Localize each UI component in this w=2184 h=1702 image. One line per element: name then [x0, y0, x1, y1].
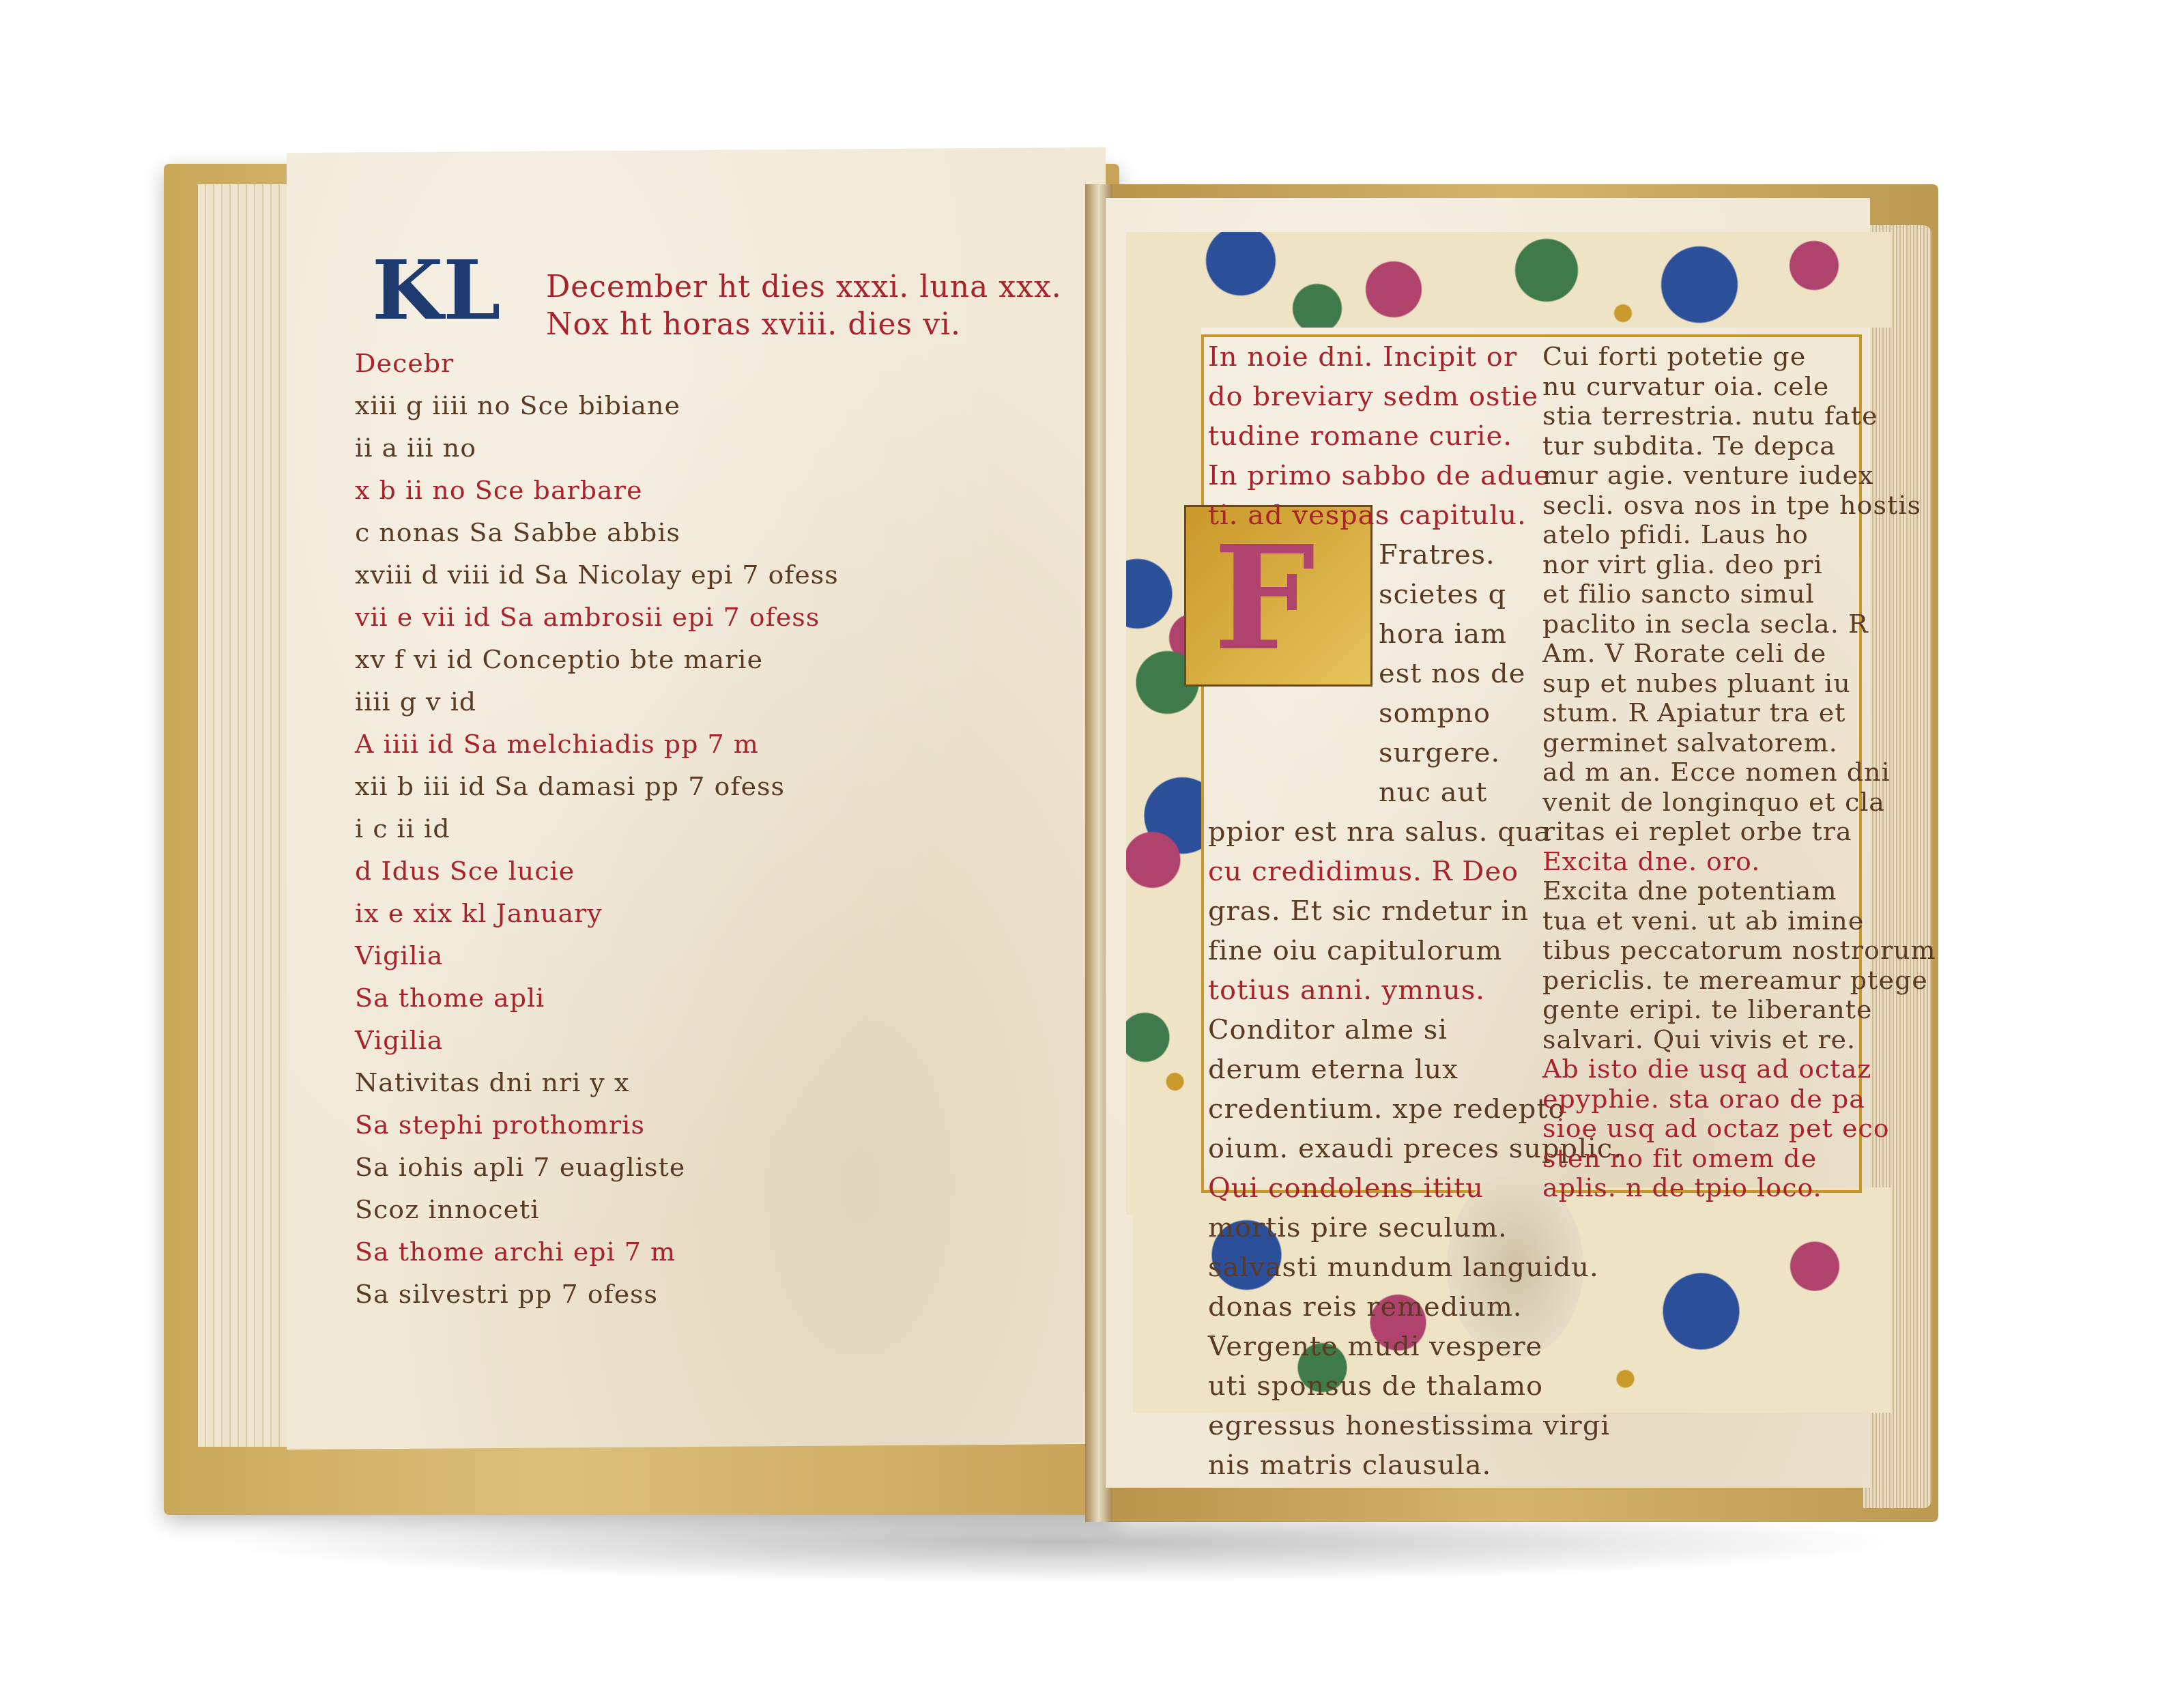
initial-kl: KL	[372, 242, 501, 338]
calendar-entry-line: Nativitas dni nri y x	[355, 1067, 629, 1097]
calendar-entry-line: xiii g iiii no Sce bibiane	[355, 390, 680, 420]
calendar-entry-line: Vigilia	[355, 940, 443, 970]
breviary-col2-line: germinet salvatorem.	[1542, 727, 1838, 758]
breviary-col2-line: venit de longinquo et cla	[1542, 787, 1885, 817]
breviary-col1-line: salvasti mundum languidu.	[1208, 1252, 1599, 1283]
breviary-col1-line: nis matris clausula.	[1208, 1449, 1491, 1481]
breviary-col1-line: donas reis remedium.	[1208, 1291, 1523, 1323]
breviary-col1-line: tudine romane curie.	[1208, 420, 1512, 452]
breviary-col1-line: hora iam	[1379, 618, 1507, 650]
breviary-col2-line: stum. R Apiatur tra et	[1542, 697, 1846, 727]
breviary-col1-line: ppior est nra salus. qua	[1208, 816, 1551, 848]
breviary-col1-line: est nos de	[1379, 658, 1525, 689]
breviary-col2-line: nor virt glia. deo pri	[1542, 549, 1823, 579]
breviary-col1-line: derum eterna lux	[1208, 1054, 1459, 1085]
breviary-col2-line: gente eripi. te liberante	[1542, 994, 1873, 1024]
breviary-col1-line: surgere.	[1379, 737, 1500, 768]
breviary-col1-line: credentium. xpe redepto	[1208, 1093, 1566, 1125]
breviary-col1-line: Qui condolens ititu	[1208, 1172, 1484, 1204]
calendar-entry-line: Sa silvestri pp 7 ofess	[355, 1279, 658, 1309]
calendar-entry-line: Sa thome archi epi 7 m	[355, 1237, 676, 1267]
breviary-col2-line: ad m an. Ecce nomen dni	[1542, 757, 1891, 787]
illuminated-initial-f: F	[1184, 505, 1373, 687]
breviary-col2-line: ritas ei replet orbe tra	[1542, 816, 1852, 846]
breviary-col2-line: nu curvatur oia. cele	[1542, 371, 1829, 401]
breviary-col1-line: do breviary sedm ostie	[1208, 381, 1538, 412]
breviary-col2-line: Excita dne potentiam	[1542, 876, 1837, 906]
breviary-col2-line: stia terrestria. nutu fate	[1542, 401, 1878, 431]
breviary-col2-line: tibus peccatorum nostrorum	[1542, 935, 1936, 965]
calendar-entry-line: d Idus Sce lucie	[355, 856, 575, 886]
breviary-col1-line: nuc aut	[1379, 777, 1487, 808]
calendar-entry-line: i c ii id	[355, 813, 450, 843]
breviary-col1-line: mortis pire seculum.	[1208, 1212, 1508, 1243]
breviary-col2-line: sioe usq ad octaz pet eco	[1542, 1113, 1890, 1143]
calendar-entry-line: Sa thome apli	[355, 983, 545, 1013]
calendar-entry-line: Scoz innoceti	[355, 1194, 539, 1224]
breviary-col2-line: mur agie. venture iudex	[1542, 460, 1873, 490]
breviary-col2-line: paclito in secla secla. R	[1542, 609, 1869, 639]
calendar-header-1: December ht dies xxxi. luna xxx.	[546, 270, 1062, 304]
breviary-col1-line: egressus honestissima virgi	[1208, 1410, 1610, 1441]
calendar-entry-line: Vigilia	[355, 1025, 443, 1055]
calendar-entry-line: ii a iii no	[355, 433, 476, 463]
breviary-col1-line: In noie dni. Incipit or	[1208, 341, 1517, 373]
breviary-col2-line: et filio sancto simul	[1542, 579, 1815, 609]
calendar-entry-line: Sa iohis apli 7 euagliste	[355, 1152, 685, 1182]
breviary-col1-line: Vergente mudi vespere	[1208, 1331, 1542, 1362]
breviary-col2-line: secli. osva nos in tpe hostis	[1542, 490, 1921, 520]
calendar-entry-line: xviii d viii id Sa Nicolay epi 7 ofess	[355, 560, 839, 590]
breviary-col1-line: In primo sabbo de adue	[1208, 460, 1551, 491]
calendar-entry-line: Sa stephi prothomris	[355, 1110, 645, 1140]
breviary-col2-line: Am. V Rorate celi de	[1542, 638, 1826, 668]
illuminated-left-border	[1126, 328, 1201, 1215]
calendar-entry-line: ix e xix kl January	[355, 898, 603, 928]
calendar-entry-line: iiii g v id	[355, 687, 476, 717]
calendar-entry-line: vii e vii id Sa ambrosii epi 7 ofess	[355, 602, 820, 632]
breviary-col1-line: fine oiu capitulorum	[1208, 935, 1502, 966]
calendar-entry-line: Decebr	[355, 348, 454, 378]
breviary-col1-line: sompno	[1379, 697, 1491, 729]
breviary-col2-line: sup et nubes pluant iu	[1542, 668, 1851, 698]
breviary-col1-line: cu credidimus. R Deo	[1208, 856, 1519, 887]
breviary-col1-line: gras. Et sic rndetur in	[1208, 895, 1529, 927]
breviary-col2-line: salvari. Qui vivis et re.	[1542, 1024, 1856, 1054]
breviary-col2-line: Ab isto die usq ad octaz	[1542, 1054, 1871, 1084]
calendar-entry-line: c nonas Sa Sabbe abbis	[355, 517, 680, 547]
breviary-col2-line: tur subdita. Te depca	[1542, 431, 1836, 461]
calendar-entry-line: xv f vi id Conceptio bte marie	[355, 644, 763, 674]
breviary-col1-line: Fratres.	[1379, 539, 1495, 571]
calendar-entry-line: x b ii no Sce barbare	[355, 475, 642, 505]
breviary-col1-line: scietes q	[1379, 579, 1506, 610]
breviary-col1-line: Conditor alme si	[1208, 1014, 1448, 1045]
breviary-col2-line: atelo pfidi. Laus ho	[1542, 519, 1809, 549]
breviary-col2-line: tua et veni. ut ab imine	[1542, 906, 1864, 936]
breviary-col1-line: ti. ad vespas capitulu.	[1208, 500, 1527, 531]
breviary-col1-line: uti sponsus de thalamo	[1208, 1370, 1543, 1402]
breviary-col2-line: periclis. te mereamur ptege	[1542, 965, 1928, 995]
breviary-col2-line: Cui forti potetie ge	[1542, 341, 1806, 371]
breviary-col2-line: Excita dne. oro.	[1542, 846, 1760, 876]
breviary-col2-line: epyphie. sta orao de pa	[1542, 1084, 1865, 1114]
calendar-entry-line: xii b iii id Sa damasi pp 7 ofess	[355, 771, 785, 801]
breviary-col1-line: totius anni. ymnus.	[1208, 975, 1485, 1006]
calendar-header-2: Nox ht horas xviii. dies vi.	[546, 307, 961, 342]
breviary-col2-line: sten no fit omem de	[1542, 1143, 1817, 1173]
breviary-col2-line: aplis. n de tpio loco.	[1542, 1172, 1822, 1202]
illuminated-top-border	[1126, 232, 1891, 328]
calendar-entry-line: A iiii id Sa melchiadis pp 7 m	[355, 729, 759, 759]
